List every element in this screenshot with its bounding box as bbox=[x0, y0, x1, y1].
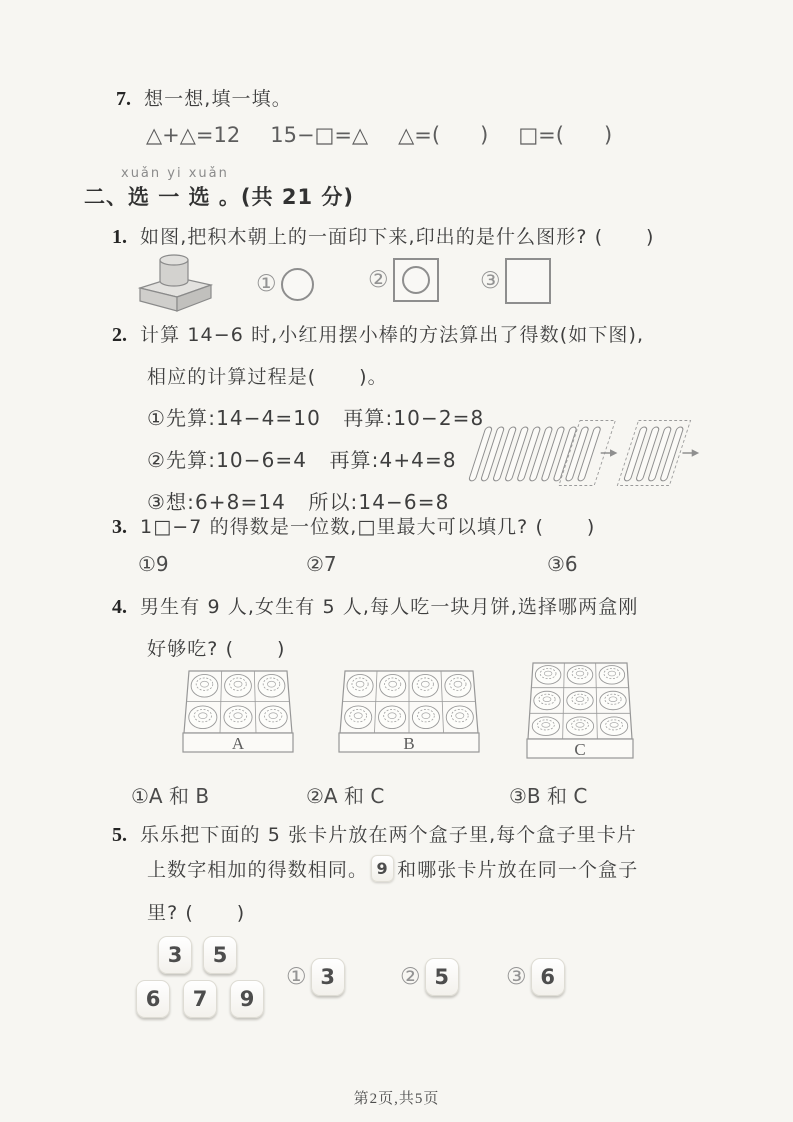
svg-text:B: B bbox=[403, 734, 414, 753]
q5-option-3-marker: ③ bbox=[506, 966, 527, 989]
question-3-line: 3.1□−7 的得数是一位数,□里最大可以填几? ( ) bbox=[112, 512, 595, 539]
sticks-figure bbox=[466, 414, 702, 492]
q3-option-2: ②7 bbox=[306, 552, 337, 576]
q4-option-1: ①A 和 B bbox=[131, 780, 209, 809]
mooncake-box-a: A bbox=[182, 670, 294, 754]
q2-option-1: ①先算:14−4=10 再算:10−2=8 bbox=[147, 402, 484, 431]
question-5-prompt-2b: 和哪张卡片放在同一个盒子 bbox=[397, 855, 638, 882]
inline-card-9: 9 bbox=[371, 855, 394, 882]
svg-text:A: A bbox=[232, 734, 245, 753]
q5-option-3: ③ 6 bbox=[506, 958, 565, 996]
question-2-prompt-1: 计算 14−6 时,小红用摆小棒的方法算出了得数(如下图), bbox=[140, 320, 644, 347]
square-with-circle-shape bbox=[393, 258, 439, 302]
page-footer: 第2页,共5页 bbox=[0, 1087, 793, 1108]
question-7-line: 7.想一想,填一填。 bbox=[116, 84, 292, 111]
question-4-prompt-1: 男生有 9 人,女生有 5 人,每人吃一块月饼,选择哪两盒刚 bbox=[140, 592, 638, 619]
equation-3-blank: △=( ) bbox=[398, 123, 488, 147]
q4-option-2: ②A 和 C bbox=[306, 780, 384, 809]
svg-text:C: C bbox=[574, 740, 585, 759]
number-card-3: 3 bbox=[158, 936, 192, 974]
number-card-9: 9 bbox=[230, 980, 264, 1018]
question-7-prompt: 想一想,填一填。 bbox=[144, 84, 292, 111]
q1-option-2-marker: ② bbox=[368, 269, 389, 292]
q5-option-2-marker: ② bbox=[400, 966, 421, 989]
question-1-number: 1. bbox=[112, 226, 127, 249]
section-pinyin: xuǎn yi xuǎn bbox=[121, 166, 229, 181]
mooncake-box-b: B bbox=[338, 670, 480, 754]
question-5-line-2: 上数字相加的得数相同。9和哪张卡片放在同一个盒子 bbox=[147, 855, 638, 882]
number-card-7: 7 bbox=[183, 980, 217, 1018]
q3-option-3: ③6 bbox=[547, 552, 578, 576]
question-7-number: 7. bbox=[116, 88, 131, 111]
q5-option-3-card: 6 bbox=[531, 958, 565, 996]
equation-2: 15−□=△ bbox=[270, 123, 368, 147]
q5-option-2: ② 5 bbox=[400, 958, 459, 996]
stamp-block-figure bbox=[134, 250, 216, 314]
question-4-prompt-2: 好够吃? ( ) bbox=[147, 634, 286, 661]
q1-option-3-marker: ③ bbox=[480, 270, 501, 293]
worksheet-page: 7.想一想,填一填。 △+△=12 15−□=△ △=( ) □=( ) xuǎ… bbox=[0, 0, 793, 1122]
question-7-equations: △+△=12 15−□=△ △=( ) □=( ) bbox=[146, 123, 612, 147]
question-5-line-1: 5.乐乐把下面的 5 张卡片放在两个盒子里,每个盒子里卡片 bbox=[112, 820, 637, 847]
q1-option-1-marker: ① bbox=[256, 273, 277, 296]
q3-option-1: ①9 bbox=[138, 552, 169, 576]
question-4-line-2: 好够吃? ( ) bbox=[147, 634, 286, 661]
square-shape bbox=[505, 258, 551, 304]
number-card-5: 5 bbox=[203, 936, 237, 974]
question-2-prompt-2: 相应的计算过程是( )。 bbox=[147, 362, 388, 389]
q4-option-3: ③B 和 C bbox=[509, 780, 587, 809]
q5-option-1-card: 3 bbox=[311, 958, 345, 996]
q1-option-1: ① bbox=[256, 266, 314, 302]
question-3-number: 3. bbox=[112, 516, 127, 539]
section-title: 二、选 一 选 。(共 21 分) bbox=[84, 181, 354, 211]
question-5-prompt-1: 乐乐把下面的 5 张卡片放在两个盒子里,每个盒子里卡片 bbox=[140, 820, 637, 847]
question-1-prompt: 如图,把积木朝上的一面印下来,印出的是什么图形? ( ) bbox=[140, 222, 655, 249]
question-5-prompt-2a: 上数字相加的得数相同。 bbox=[147, 855, 368, 882]
number-card-6: 6 bbox=[136, 980, 170, 1018]
question-4-number: 4. bbox=[112, 596, 127, 619]
q2-option-3: ③想:6+8=14 所以:14−6=8 bbox=[147, 486, 449, 515]
question-2-line-2: 相应的计算过程是( )。 bbox=[147, 362, 388, 389]
q1-option-2: ② bbox=[368, 258, 439, 302]
mooncake-box-c: C bbox=[526, 662, 634, 760]
equation-4-blank: □=( ) bbox=[518, 123, 612, 147]
question-5-prompt-3: 里? ( ) bbox=[147, 898, 245, 925]
question-3-prompt: 1□−7 的得数是一位数,□里最大可以填几? ( ) bbox=[140, 512, 595, 539]
question-4-line-1: 4.男生有 9 人,女生有 5 人,每人吃一块月饼,选择哪两盒刚 bbox=[112, 592, 638, 619]
question-2-line-1: 2.计算 14−6 时,小红用摆小棒的方法算出了得数(如下图), bbox=[112, 320, 644, 347]
question-5-line-3: 里? ( ) bbox=[147, 898, 245, 925]
q5-option-2-card: 5 bbox=[425, 958, 459, 996]
q1-option-3: ③ bbox=[480, 258, 551, 304]
circle-shape bbox=[281, 268, 314, 301]
q5-option-1: ① 3 bbox=[286, 958, 345, 996]
question-2-number: 2. bbox=[112, 324, 127, 347]
q5-option-1-marker: ① bbox=[286, 966, 307, 989]
q2-option-2: ②先算:10−6=4 再算:4+4=8 bbox=[147, 444, 457, 473]
question-5-number: 5. bbox=[112, 824, 127, 847]
inner-circle-shape bbox=[402, 266, 430, 294]
question-1-line: 1.如图,把积木朝上的一面印下来,印出的是什么图形? ( ) bbox=[112, 222, 655, 249]
equation-1: △+△=12 bbox=[146, 123, 240, 147]
